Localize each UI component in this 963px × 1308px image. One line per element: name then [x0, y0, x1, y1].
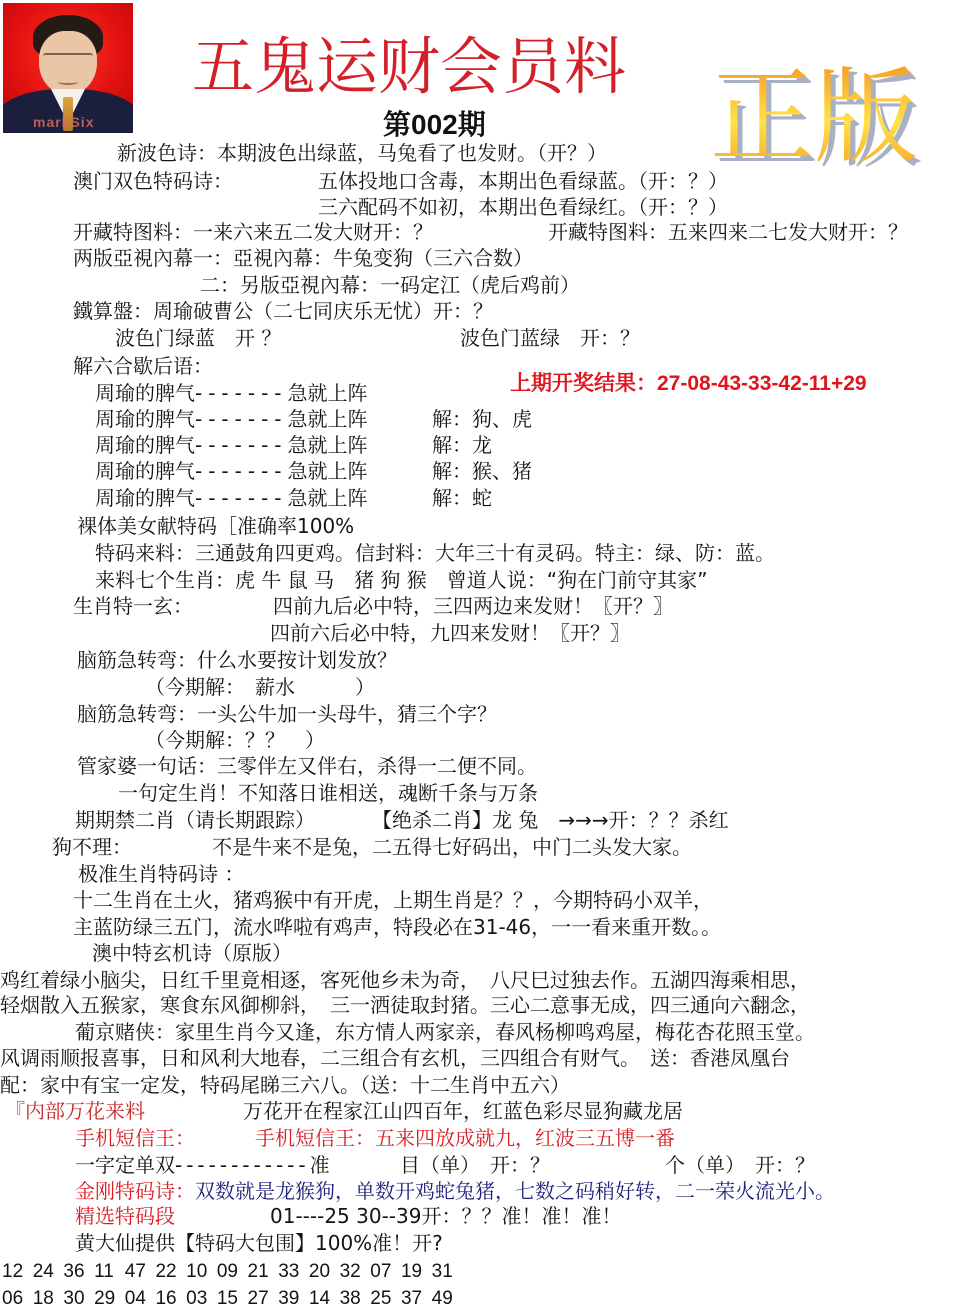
riddle-prefix: 周瑜的脾气 [95, 486, 195, 510]
genuine-edition-badge: 正版 正版 [710, 62, 940, 177]
riddle-prefix: 周瑜的脾气 [95, 433, 195, 457]
special-code-source: 特码来料：三通鼓角四更鸡。信封料：大年三十有灵码。特主：绿、防：蓝。 [95, 541, 775, 565]
odd-even-tens: 目（单） 开：？ [400, 1153, 550, 1177]
riddle-prefix: 周瑜的脾气 [95, 381, 195, 405]
wave-gate-left: 波色门绿蓝 开 ？ [115, 326, 281, 350]
seven-zodiac-source: 来料七个生肖：虎 牛 鼠 马 猪 狗 猴 曾道人说：“狗在门前守其家” [95, 568, 708, 592]
accurate-poem-line-1: 十二生肖在土火，猪鸡猴中有开虎，上期生肖是？？，今期特码小双羊， [73, 888, 713, 912]
nude-special-code: 裸体美女献特码［准确率100% [77, 514, 354, 538]
number: 38 [340, 1287, 371, 1308]
number: 11 [94, 1260, 125, 1284]
number: 18 [33, 1287, 64, 1308]
goubuli-text: 不是牛来不是兔，二五得七好码出，中门二头发大家。 [212, 835, 692, 859]
number: 09 [217, 1260, 248, 1284]
number: 37 [401, 1287, 432, 1308]
vajra-poem-label: 金刚特码诗： [75, 1179, 195, 1203]
zodiac-mystery-line-2: 四前六后必中特，九四来发财！〖开？〗 [270, 621, 630, 645]
number: 24 [33, 1260, 64, 1284]
number: 12 [2, 1260, 33, 1284]
number: 33 [278, 1260, 309, 1284]
kill-two-zodiac: 【绝杀二肖】龙 兔 →→→开：？？杀红 [372, 808, 729, 832]
number: 04 [125, 1287, 156, 1308]
riddles-title: 解六合歇后语： [73, 354, 213, 378]
odd-even-suffix: 准 [310, 1153, 330, 1177]
huang-daxian-text: 黄大仙提供【特码大包围】100%准！开? [75, 1231, 443, 1255]
last-draw-result: 上期开奖结果：27-08-43-33-42-11+29 [510, 371, 867, 397]
page-title: 五鬼运财会员料 [192, 36, 626, 98]
odd-even-dashes: ------------ [175, 1153, 310, 1177]
riddle-dashes: ------- [195, 486, 288, 510]
number: 07 [370, 1260, 401, 1284]
riddle-suffix: 急就上阵 [288, 459, 368, 483]
iron-abacus: 鐵算盤：周瑜破曹公（二七同庆乐无忧）开：？ [73, 299, 493, 323]
riddle-prefix: 周瑜的脾气 [95, 459, 195, 483]
riddle-dashes: ------- [195, 381, 288, 405]
brain-teaser-question: 脑筋急转弯：一头公牛加一头母牛，猜三个字？ [77, 702, 497, 726]
riddle-item: 周瑜的脾气-------急就上阵 [95, 486, 368, 510]
macau-mystery-title: 澳中特玄机诗（原版） [92, 941, 292, 965]
macau-poem-line-1: 五体投地口含毒，本期出色看绿蓝。（开：？） [318, 169, 728, 193]
number: 47 [125, 1260, 156, 1284]
riddle-answer: 解：狗、虎 [432, 407, 532, 431]
riddle-item: 周瑜的脾气-------急就上阵 [95, 433, 368, 457]
riddle-dashes: ------- [195, 407, 288, 431]
odd-even-prefix: 一字定单双 [75, 1153, 175, 1177]
portrait-glasses [43, 53, 93, 63]
riddle-item: 周瑜的脾气-------急就上阵 [95, 459, 368, 483]
atv-insider-line-2: 二：另版亞視內幕：一码定江（虎后鸡前） [200, 273, 580, 297]
zodiac-mystery-line-1: 四前九后必中特，三四两边来发财！〖开？〗 [273, 594, 673, 618]
atv-insider-line-1: 两版亞視內幕一：亞視內幕：牛兔变狗（三六合数） [73, 246, 533, 270]
number: 25 [370, 1287, 401, 1308]
riddle-suffix: 急就上阵 [288, 407, 368, 431]
selected-range-label: 精选特码段 [75, 1204, 175, 1228]
odd-even-units: 个（单） 开：？ [665, 1153, 815, 1177]
vajra-poem-part: 单数开鸡蛇兔猪， [355, 1179, 515, 1203]
number: 22 [155, 1260, 186, 1284]
accurate-poem-line-2: 主蓝防绿三五门，流水哗啦有鸡声，特段必在31-46，一一看来重开数。。 [73, 915, 721, 939]
macau-poem-label: 澳门双色特码诗： [73, 169, 233, 193]
number: 16 [155, 1287, 186, 1308]
number: 36 [63, 1260, 94, 1284]
macau-mystery-line-1: 鸡红着绿小脑尖，日红千里竟相逐，客死他乡未为奇， 八尺巳过独去作。五湖四海乘相思… [0, 968, 810, 992]
macau-mystery-line-2: 轻烟散入五猴家，寒食东风御柳斜， 三一洒徒取封猪。三心二意事无成，四三通向六翻念… [0, 993, 810, 1017]
number: 21 [248, 1260, 279, 1284]
brain-teaser-question: 脑筋急转弯：什么水要按计划发放？ [77, 648, 397, 672]
number: 29 [94, 1287, 125, 1308]
number: 31 [432, 1260, 463, 1284]
flower-source-text: 万花开在程家江山四百年，红蓝色彩尽显狗藏龙居 [243, 1099, 683, 1123]
numbers-row-2: 061830290416031527391438253749 [2, 1285, 462, 1308]
number: 14 [309, 1287, 340, 1308]
portrait-mouth [58, 79, 78, 85]
portrait-photo: markSix [3, 3, 133, 133]
number: 49 [432, 1287, 463, 1308]
sms-king-label: 手机短信王： [75, 1126, 195, 1150]
number: 32 [340, 1260, 371, 1284]
wave-poem: 新波色诗：本期波色出绿蓝，马兔看了也发财。（开？） [117, 141, 607, 165]
vajra-poem-part: 双数就是龙猴狗， [195, 1179, 355, 1203]
wave-gate-right: 波色门蓝绿 开：？ [460, 326, 640, 350]
housekeeper-line-2: 一句定生肖！不知落日谁相送，魂断千条与万条 [118, 781, 538, 805]
number: 39 [278, 1287, 309, 1308]
number: 27 [248, 1287, 279, 1308]
riddle-item: 周瑜的脾气-------急就上阵 [95, 407, 368, 431]
selected-range-text: 01----25 30--39开：？？准！准！准！ [270, 1204, 621, 1228]
number: 15 [217, 1287, 248, 1308]
riddle-answer: 解：蛇 [432, 486, 492, 510]
brain-teaser-answer: （今期解：？？ ） [145, 728, 325, 752]
riddle-item: 周瑜的脾气-------急就上阵 [95, 381, 368, 405]
brain-teaser-answer: （今期解： 薪水 ） [145, 675, 375, 699]
housekeeper-line-1: 管家婆一句话：三零伴左又伴右，杀得一二便不同。 [77, 754, 537, 778]
number: 19 [401, 1260, 432, 1284]
riddle-suffix: 急就上阵 [288, 486, 368, 510]
ban-two-zodiac-label: 期期禁二肖（请长期跟踪） [75, 808, 315, 832]
accurate-poem-title: 极准生肖特码诗 ： [78, 862, 244, 886]
riddle-answer: 解：龙 [432, 433, 492, 457]
riddle-answer: 解：猴、猪 [432, 459, 532, 483]
number: 20 [309, 1260, 340, 1284]
riddle-dashes: ------- [195, 459, 288, 483]
vajra-poem-part: 二一荣火流光小。 [675, 1179, 835, 1203]
goubuli-label: 狗不理： [52, 835, 132, 859]
numbers-row-1: 122436114722100921332032071931 [2, 1258, 462, 1284]
riddle-suffix: 急就上阵 [288, 433, 368, 457]
last-draw-label: 上期开奖结果： [510, 372, 657, 395]
riddle-prefix: 周瑜的脾气 [95, 407, 195, 431]
issue-number: 第002期 [383, 110, 486, 140]
vajra-poem: 金刚特码诗：双数就是龙猴狗，单数开鸡蛇兔猪，七数之码稍好转，二一荣火流光小。 [75, 1179, 835, 1203]
number: 10 [186, 1260, 217, 1284]
number: 03 [186, 1287, 217, 1308]
portrait-face [39, 31, 97, 95]
lisboa-line-3: 配：家中有宝一定发，特码尾睇三六八。（送：十二生肖中五六） [0, 1073, 570, 1097]
flower-source-label: 『内部万花来料 [5, 1099, 145, 1123]
sms-king-text: 手机短信王：五来四放成就九，红波三五博一番 [255, 1126, 675, 1150]
hidden-picture-right: 开藏特图料：五来四来二七发大财开：？ [548, 220, 908, 244]
macau-poem-line-2: 三六配码不如初，本期出色看绿红。（开：？） [318, 195, 728, 219]
hidden-picture-left: 开藏特图料：一来六来五二发大财开：？ [73, 220, 433, 244]
lisboa-line-2: 风调雨顺报喜事，日和风利大地春，二三组合有玄机，三四组合有财气。 送：香港凤凰台 [0, 1046, 790, 1070]
vajra-poem-part: 七数之码稍好转， [515, 1179, 675, 1203]
lisboa-line-1: 葡京赌侠：家里生肖今又逢，东方情人两家亲，春风杨柳鸣鸡屋，梅花杏花照玉堂。 [75, 1020, 815, 1044]
riddle-dashes: ------- [195, 433, 288, 457]
last-draw-numbers: 27-08-43-33-42-11+29 [657, 372, 867, 395]
number: 06 [2, 1287, 33, 1308]
riddle-suffix: 急就上阵 [288, 381, 368, 405]
photo-watermark: markSix [33, 114, 94, 130]
number: 30 [63, 1287, 94, 1308]
zodiac-mystery-label: 生肖特一玄： [73, 594, 193, 618]
badge-text: 正版 [710, 62, 918, 172]
odd-even-label: 一字定单双------------准 [75, 1153, 330, 1177]
